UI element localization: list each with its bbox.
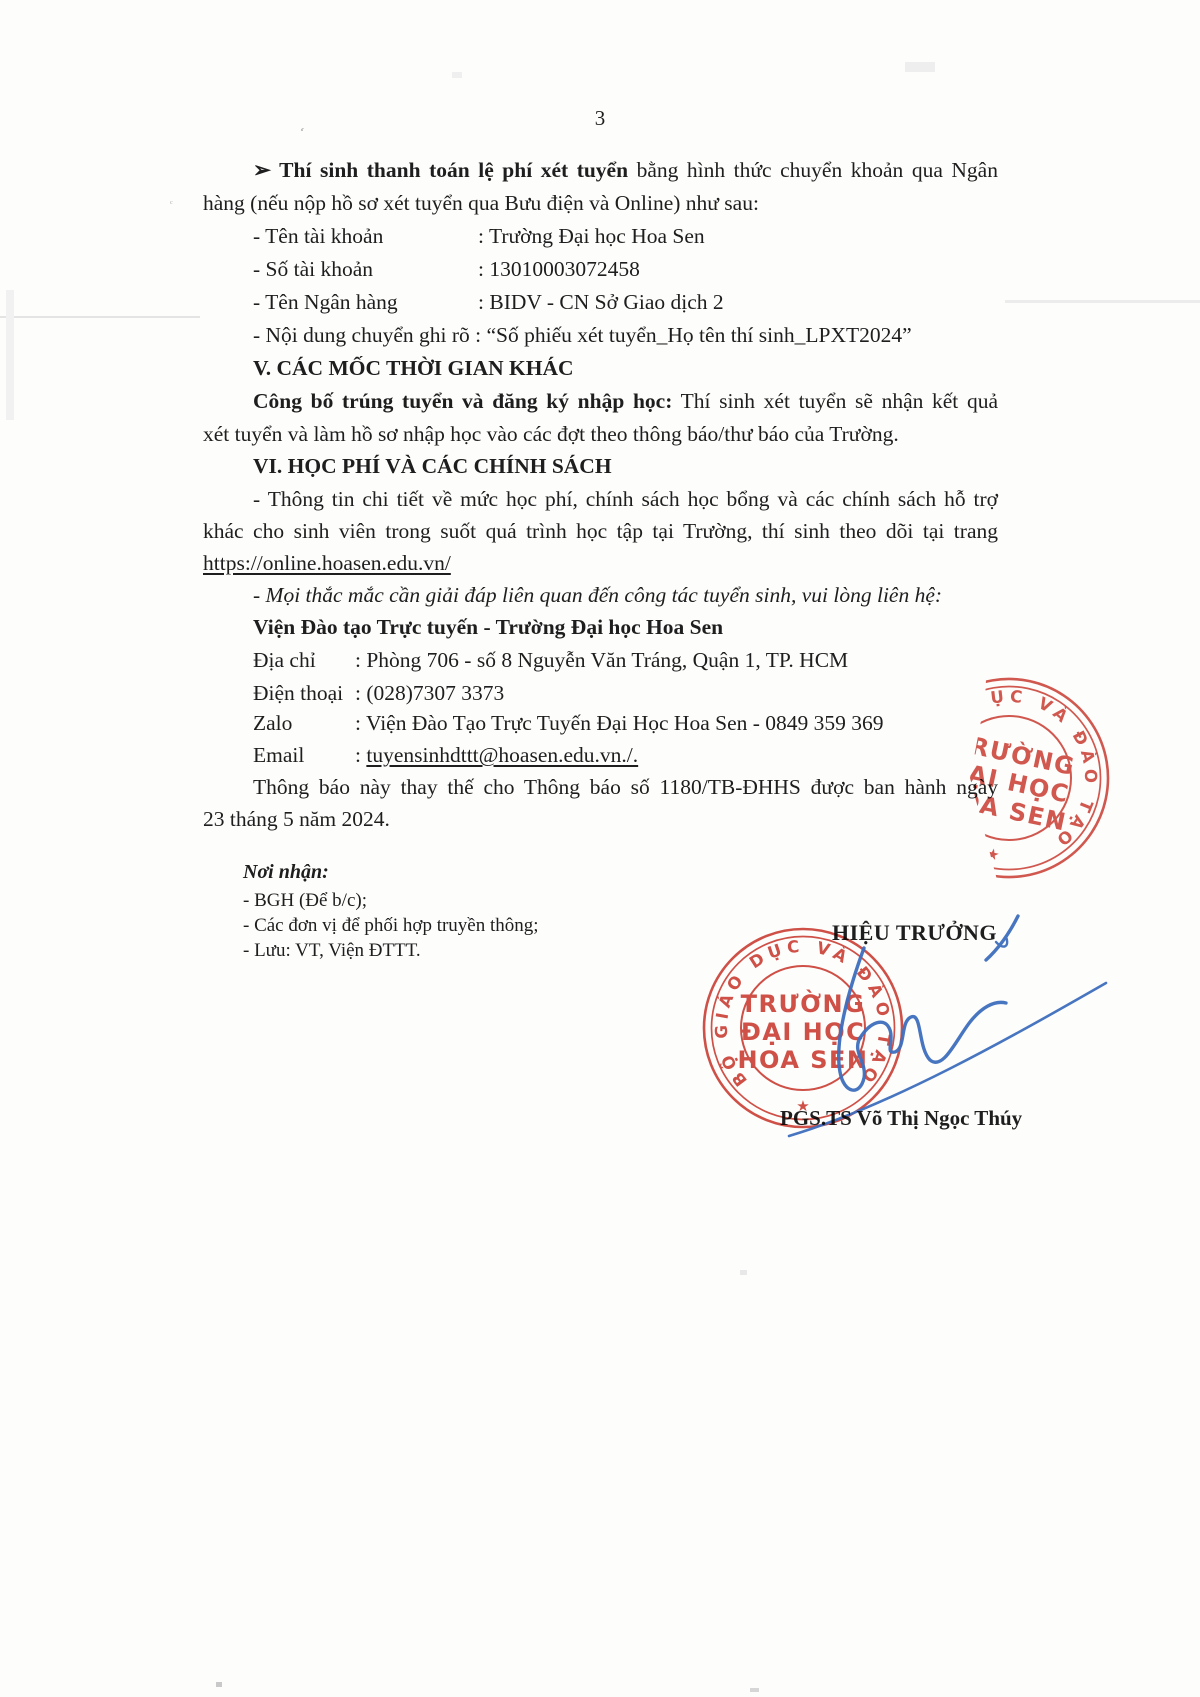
closing-line-1: Thông báo này thay thế cho Thông báo số …	[203, 772, 998, 802]
stamp-center-line3: HOA SEN	[737, 1046, 868, 1074]
stamp-ring-text: BỘ GIÁO DỤC VÀ ĐÀO TẠO	[712, 937, 894, 1090]
colon: :	[355, 743, 366, 767]
stamp-star-icon: ★	[984, 846, 1000, 864]
account-value: : 13010003072458	[478, 257, 640, 281]
university-seal-stamp: BỘ GIÁO DỤC VÀ ĐÀO TẠO TRƯỜNG ĐẠI HỌC HO…	[704, 929, 902, 1127]
contact-email-row: Email: tuyensinhdttt@hoasen.edu.vn./.	[253, 740, 638, 770]
intro-line-1: ➢ Thí sinh thanh toán lệ phí xét tuyển b…	[203, 155, 998, 185]
scan-artifact	[6, 290, 14, 420]
stamp-center-line2: ĐẠI HỌC	[741, 1018, 866, 1046]
contact-org-name: Viện Đào tạo Trực tuyến - Trường Đại học…	[203, 612, 1048, 642]
section-5-line-2: xét tuyển và làm hồ sơ nhập học vào các …	[203, 419, 998, 449]
arrow-bullet-icon: ➢	[253, 158, 279, 182]
section-6-line-1: - Thông tin chi tiết về mức học phí, chí…	[203, 484, 998, 514]
account-label: - Số tài khoản	[253, 254, 478, 284]
contact-address-row: Địa chỉ: Phòng 706 - số 8 Nguyễn Văn Trá…	[253, 645, 848, 675]
contact-phone-row: Điện thoại: (028)7307 3373	[253, 678, 504, 708]
account-label: - Tên Ngân hàng	[253, 287, 478, 317]
page-number: 3	[0, 106, 1200, 131]
section-5-line-1: Công bố trúng tuyển và đăng ký nhập học:…	[203, 386, 998, 416]
signer-title: HIỆU TRƯỞNG	[832, 920, 997, 946]
website-link[interactable]: https://online.hoasen.edu.vn/	[203, 548, 998, 578]
account-row: - Số tài khoản: 13010003072458	[253, 254, 640, 284]
scan-artifact	[216, 1682, 222, 1687]
scan-artifact	[750, 1688, 759, 1692]
transfer-note: - Nội dung chuyển ghi rõ : “Số phiếu xét…	[203, 320, 1048, 350]
recipient-item: - BGH (Để b/c);	[243, 888, 367, 913]
contact-label: Zalo	[253, 708, 355, 738]
scan-artifact	[452, 72, 462, 78]
account-value: : BIDV - CN Sở Giao dịch 2	[478, 290, 724, 314]
account-label: - Tên tài khoản	[253, 221, 478, 251]
recipient-item: - Lưu: VT, Viện ĐTTT.	[243, 938, 421, 963]
svg-text:BỘ GIÁO DỤC VÀ ĐÀO TẠO: BỘ GIÁO DỤC VÀ ĐÀO TẠO	[712, 937, 894, 1090]
signer-name: PGS.TS Võ Thị Ngọc Thúy	[780, 1106, 1022, 1131]
scan-artifact	[740, 1270, 747, 1275]
scan-artifact	[1005, 300, 1200, 303]
contact-label: Email	[253, 740, 355, 770]
account-value: : Trường Đại học Hoa Sen	[478, 224, 705, 248]
recipient-item: - Các đơn vị để phối hợp truyền thông;	[243, 913, 539, 938]
recipients-heading: Nơi nhận:	[243, 860, 329, 885]
scanned-document-page: ʻ ᶜ 3 ➢ Thí sinh thanh toán lệ phí xét t…	[0, 0, 1200, 1697]
intro-line-2: hàng (nếu nộp hồ sơ xét tuyển qua Bưu đi…	[203, 188, 998, 218]
stamp-center-line1: TRƯỜNG	[741, 988, 866, 1018]
signature-ink	[789, 916, 1106, 1136]
contact-intro-note: - Mọi thắc mắc cần giải đáp liên quan đế…	[203, 580, 1048, 610]
scan-artifact	[905, 62, 935, 72]
contact-value: : (028)7307 3373	[355, 681, 504, 705]
account-row: - Tên tài khoản: Trường Đại học Hoa Sen	[253, 221, 705, 251]
section-6-line-2: khác cho sinh viên trong suốt quá trình …	[203, 516, 998, 546]
account-row: - Tên Ngân hàng: BIDV - CN Sở Giao dịch …	[253, 287, 724, 317]
intro-bold-text: ➢ Thí sinh thanh toán lệ phí xét tuyển	[253, 158, 628, 182]
scan-artifact	[0, 316, 200, 318]
contact-value: : Phòng 706 - số 8 Nguyễn Văn Tráng, Quậ…	[355, 648, 848, 672]
closing-line-2: 23 tháng 5 năm 2024.	[203, 804, 998, 834]
section-5-heading: V. CÁC MỐC THỜI GIAN KHÁC	[203, 353, 1048, 383]
email-link[interactable]: tuyensinhdttt@hoasen.edu.vn./.	[366, 743, 638, 767]
contact-label: Điện thoại	[253, 678, 355, 708]
contact-label: Địa chỉ	[253, 645, 355, 675]
contact-zalo-row: Zalo: Viện Đào Tạo Trực Tuyến Đại Học Ho…	[253, 708, 884, 738]
section-6-heading: VI. HỌC PHÍ VÀ CÁC CHÍNH SÁCH	[203, 451, 1048, 481]
scan-artifact: ᶜ	[170, 198, 173, 210]
contact-value: : Viện Đào Tạo Trực Tuyến Đại Học Hoa Se…	[355, 711, 884, 735]
